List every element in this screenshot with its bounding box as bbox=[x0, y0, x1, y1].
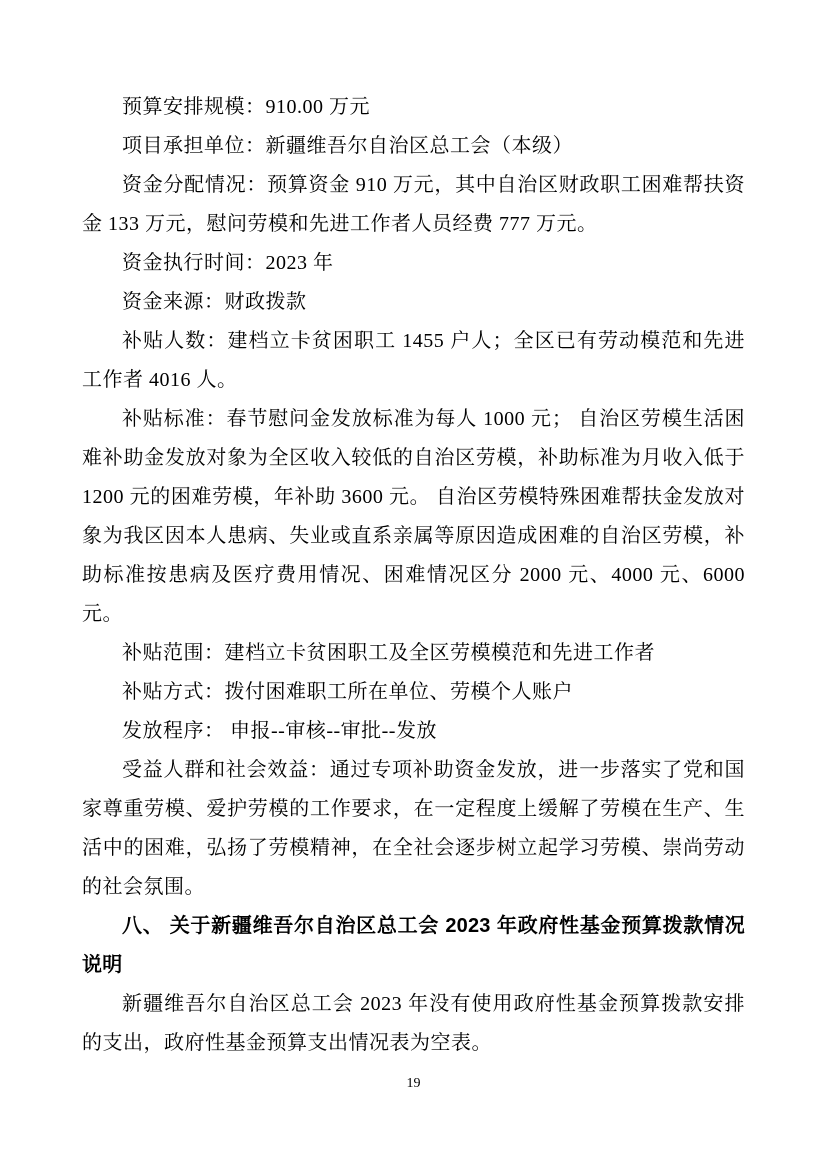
paragraph-budget-scale: 预算安排规模：910.00 万元 bbox=[82, 88, 745, 127]
section-heading-8: 八、 关于新疆维吾尔自治区总工会 2023 年政府性基金预算拨款情况说明 bbox=[82, 907, 745, 985]
paragraph-issuance-procedure: 发放程序： 申报--审核--审批--发放 bbox=[82, 712, 745, 751]
page-footer: 19 bbox=[0, 1074, 827, 1092]
paragraph-subsidy-standard: 补贴标准：春节慰问金发放标准为每人 1000 元； 自治区劳模生活困难补助金发放… bbox=[82, 400, 745, 634]
paragraph-execution-time: 资金执行时间：2023 年 bbox=[82, 244, 745, 283]
paragraph-gov-fund-statement: 新疆维吾尔自治区总工会 2023 年没有使用政府性基金预算拨款安排的支出，政府性… bbox=[82, 985, 745, 1063]
paragraph-subsidy-scope: 补贴范围：建档立卡贫困职工及全区劳模模范和先进工作者 bbox=[82, 634, 745, 673]
paragraph-beneficiaries-benefits: 受益人群和社会效益：通过专项补助资金发放，进一步落实了党和国家尊重劳模、爱护劳模… bbox=[82, 751, 745, 907]
paragraph-subsidy-recipients: 补贴人数：建档立卡贫困职工 1455 户人；全区已有劳动模范和先进工作者 401… bbox=[82, 322, 745, 400]
paragraph-undertaking-unit: 项目承担单位：新疆维吾尔自治区总工会（本级） bbox=[82, 127, 745, 166]
page-number: 19 bbox=[407, 1076, 421, 1091]
document-page: 预算安排规模：910.00 万元 项目承担单位：新疆维吾尔自治区总工会（本级） … bbox=[0, 0, 827, 1170]
document-body: 预算安排规模：910.00 万元 项目承担单位：新疆维吾尔自治区总工会（本级） … bbox=[82, 88, 745, 1063]
paragraph-fund-allocation: 资金分配情况：预算资金 910 万元，其中自治区财政职工困难帮扶资金 133 万… bbox=[82, 166, 745, 244]
paragraph-subsidy-method: 补贴方式：拨付困难职工所在单位、劳模个人账户 bbox=[82, 673, 745, 712]
paragraph-fund-source: 资金来源：财政拨款 bbox=[82, 283, 745, 322]
